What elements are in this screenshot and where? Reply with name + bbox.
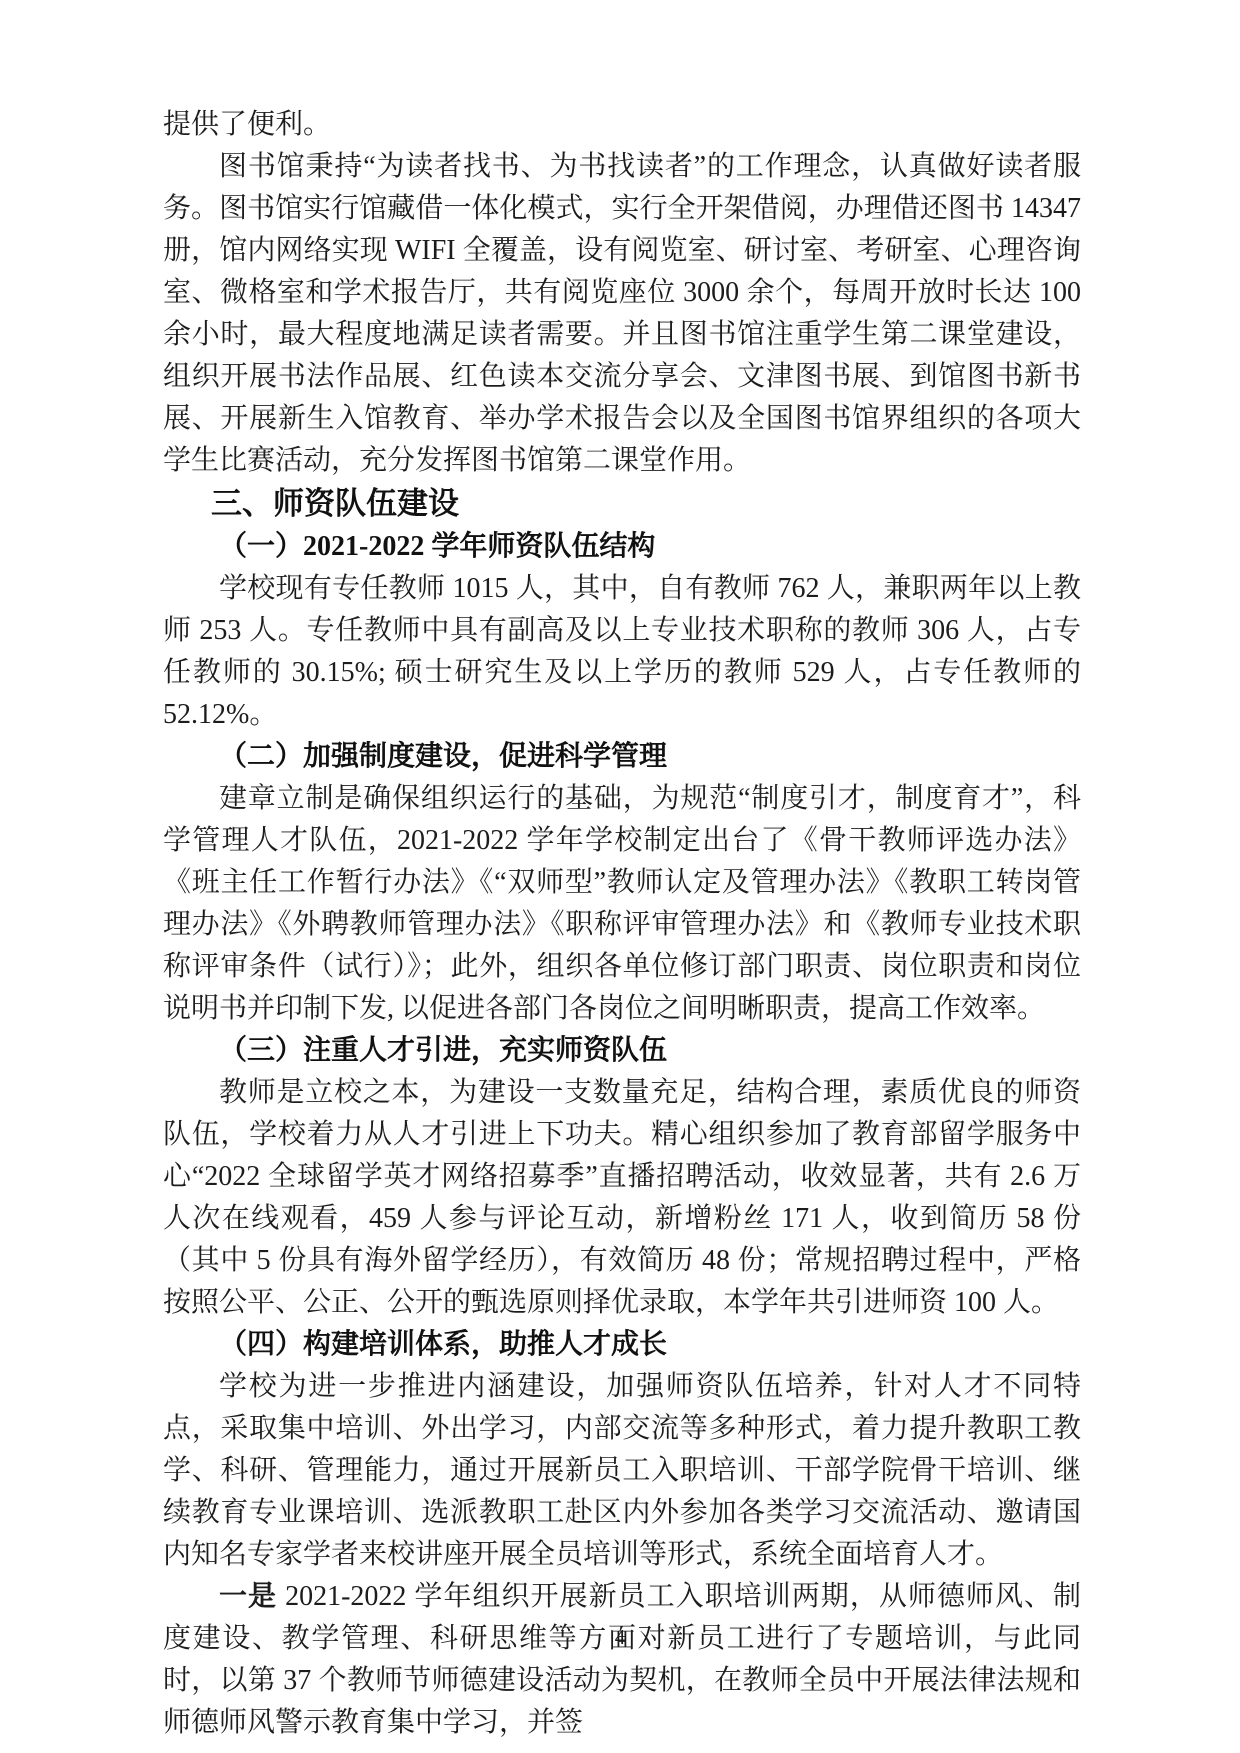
subsection-heading-training-system: （四）构建培训体系，助推人才成长: [163, 1324, 1081, 1366]
subsection-heading-faculty-structure: （一）2021-2022 学年师资队伍结构: [163, 526, 1081, 568]
paragraph-training-item-one: 一是 2021-2022 学年组织开展新员工入职培训两期，从师德师风、制度建设、…: [163, 1576, 1081, 1744]
paragraph-faculty-structure: 学校现有专任教师 1015 人，其中，自有教师 762 人，兼职两年以上教师 2…: [163, 568, 1081, 736]
document-body: 提供了便利。 图书馆秉持“为读者找书、为书找读者”的工作理念，认真做好读者服务。…: [163, 104, 1081, 1744]
paragraph-training-system: 学校为进一步推进内涵建设，加强师资队伍培养，针对人才不同特点，采取集中培训、外出…: [163, 1366, 1081, 1576]
paragraph-library-services: 图书馆秉持“为读者找书、为书找读者”的工作理念，认真做好读者服务。图书馆实行馆藏…: [163, 146, 1081, 482]
document-page: 提供了便利。 图书馆秉持“为读者找书、为书找读者”的工作理念，认真做好读者服务。…: [0, 0, 1240, 1753]
numbered-item-text: 2021-2022 学年组织开展新员工入职培训两期，从师德师风、制度建设、教学管…: [163, 1581, 1081, 1738]
paragraph-talent-recruitment: 教师是立校之本，为建设一支数量充足，结构合理，素质优良的师资队伍，学校着力从人才…: [163, 1072, 1081, 1324]
section-heading-faculty-building: 三、师资队伍建设: [163, 482, 1081, 526]
subsection-heading-talent-recruitment: （三）注重人才引进，充实师资队伍: [163, 1030, 1081, 1072]
subsection-heading-system-building: （二）加强制度建设，促进科学管理: [163, 736, 1081, 778]
numbered-item-prefix: 一是: [219, 1581, 277, 1612]
page-number: 4: [0, 1622, 1240, 1652]
paragraph-intro-fragment: 提供了便利。: [163, 104, 1081, 146]
paragraph-system-building: 建章立制是确保组织运行的基础，为规范“制度引才，制度育才”，科学管理人才队伍，2…: [163, 778, 1081, 1030]
